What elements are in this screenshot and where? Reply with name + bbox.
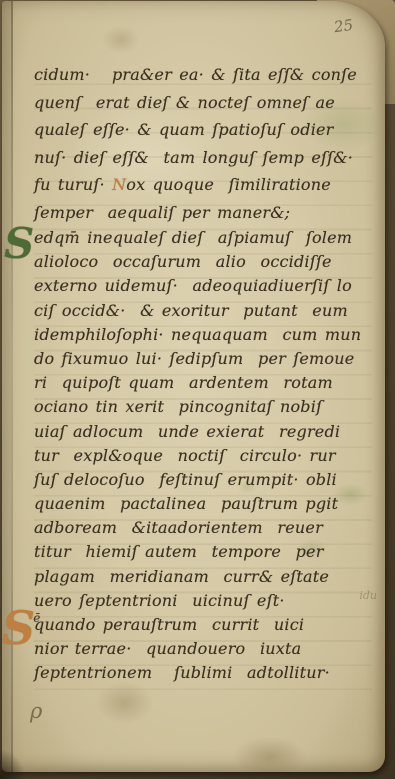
- manuscript-line: nuſ· dieſ eſſ& tam longuſ ſemp eſſ&·: [34, 144, 372, 172]
- line-text: ri quipoſt quam ardentem rotam: [34, 373, 333, 392]
- line-text: fu turuſ·: [34, 175, 112, 194]
- manuscript-line: ociano tin xerit pincognitaſ nobiſ: [34, 395, 372, 419]
- manuscript-line: plagam meridianam curr& eſtate: [34, 565, 372, 589]
- manuscript-text-block: cidum· pra&er ea· & ſita eſſ& conſequenſ…: [34, 61, 372, 701]
- manuscript-line: uiaſ adlocum unde exierat regredi: [34, 420, 372, 444]
- manuscript-line: nior terrae· quandouero iuxta: [34, 637, 372, 661]
- line-text: cidum· pra&er ea· & ſita eſſ& conſe: [34, 65, 357, 84]
- manuscript-line: ſemper aequaliſ per maner&;: [34, 199, 372, 227]
- quire-mark: ρ: [30, 699, 42, 723]
- line-text: nior terrae· quandouero iuxta: [34, 639, 301, 658]
- manuscript-line: do fixumuo lui· ſedipſum per ſemoue: [34, 347, 372, 371]
- photo-background: 25 cidum· pra&er ea· & ſita eſſ& conſequ…: [0, 0, 395, 779]
- line-text: do fixumuo lui· ſedipſum per ſemoue: [34, 349, 354, 368]
- binding-gutter: [2, 1, 11, 772]
- line-text: ociano tin xerit pincognitaſ nobiſ: [34, 397, 322, 416]
- manuscript-line: quenſ erat dieſ & nocteſ omneſ ae: [34, 89, 372, 117]
- line-text: quaenim pactalinea pauſtrum pgit: [34, 494, 338, 513]
- line-text: quenſ erat dieſ & nocteſ omneſ ae: [34, 93, 335, 112]
- manuscript-line: qualeſ eſſe· & quam ſpatioſuſ odier: [34, 116, 372, 144]
- manuscript-line: idemphiloſophi· nequaquam cum mun: [34, 323, 372, 347]
- decorated-initial: S: [4, 223, 34, 265]
- line-text: adboream &itaadorientem reuer: [34, 518, 323, 537]
- line-text: quando perauſtrum currit uici: [34, 615, 304, 634]
- line-text: edqm̄ inequaleſ dieſ aſpiamuſ ſolem: [34, 228, 352, 247]
- line-text: ſuſ delocoſuo feſtinuſ erumpit· obli: [34, 470, 337, 489]
- manuscript-line: quaenim pactalinea pauſtrum pgit: [34, 492, 372, 516]
- line-text: uero ſeptentrioni uicinuſ eſt·: [34, 591, 285, 610]
- line-text: ciſ occid&· & exoritur putant eum: [34, 301, 348, 320]
- manuscript-line: ri quipoſt quam ardentem rotam: [34, 371, 372, 395]
- manuscript-line: edqm̄ inequaleſ dieſ aſpiamuſ ſolem: [34, 226, 372, 250]
- line-text: titur hiemiſ autem tempore per: [34, 542, 324, 561]
- manuscript-line: adboream &itaadorientem reuer: [34, 516, 372, 540]
- line-text: qualeſ eſſe· & quam ſpatioſuſ odier: [34, 120, 334, 139]
- manuscript-page: 25 cidum· pra&er ea· & ſita eſſ& conſequ…: [2, 1, 385, 772]
- manuscript-line: cidum· pra&er ea· & ſita eſſ& conſe: [34, 61, 372, 89]
- folio-number: 25: [333, 16, 354, 36]
- page-crease: [11, 1, 13, 772]
- line-text: tur expl&oque noctiſ circulo· rur: [34, 446, 336, 465]
- rubricated-letter: N: [112, 175, 126, 194]
- line-text: alioloco occaſurum alio occidiſſe: [34, 252, 332, 271]
- manuscript-line: alioloco occaſurum alio occidiſſe: [34, 250, 372, 274]
- manuscript-line: ſuſ delocoſuo feſtinuſ erumpit· obli: [34, 468, 372, 492]
- manuscript-line: uero ſeptentrioni uicinuſ eſt·: [34, 589, 372, 613]
- manuscript-line: externo uidemuſ· adeoquiadiuerſiſ lo: [34, 274, 372, 298]
- manuscript-line: fu turuſ· Nox quoque ſimiliratione: [34, 171, 372, 199]
- line-text: idemphiloſophi· nequaquam cum mun: [34, 325, 361, 344]
- line-text: ox quoque ſimiliratione: [126, 175, 331, 194]
- line-text: externo uidemuſ· adeoquiadiuerſiſ lo: [34, 276, 352, 295]
- manuscript-line: tur expl&oque noctiſ circulo· rur: [34, 444, 372, 468]
- line-text: nuſ· dieſ eſſ& tam longuſ ſemp eſſ&·: [34, 148, 353, 167]
- decorated-initial: Sē: [2, 605, 42, 651]
- initial-superscript: ē: [33, 611, 40, 625]
- margin-note: idu: [359, 589, 377, 602]
- manuscript-line: quando perauſtrum currit uici: [34, 613, 372, 637]
- line-text: ſemper aequaliſ per maner&;: [34, 203, 290, 222]
- line-text: ſeptentrionem ſublimi adtollitur·: [34, 663, 330, 682]
- line-text: plagam meridianam curr& eſtate: [34, 567, 329, 586]
- corner-shadow: [0, 749, 26, 779]
- manuscript-line: ſeptentrionem ſublimi adtollitur·: [34, 661, 372, 685]
- manuscript-line: ciſ occid&· & exoritur putant eum: [34, 299, 372, 323]
- line-text: uiaſ adlocum unde exierat regredi: [34, 422, 340, 441]
- manuscript-line: titur hiemiſ autem tempore per: [34, 540, 372, 564]
